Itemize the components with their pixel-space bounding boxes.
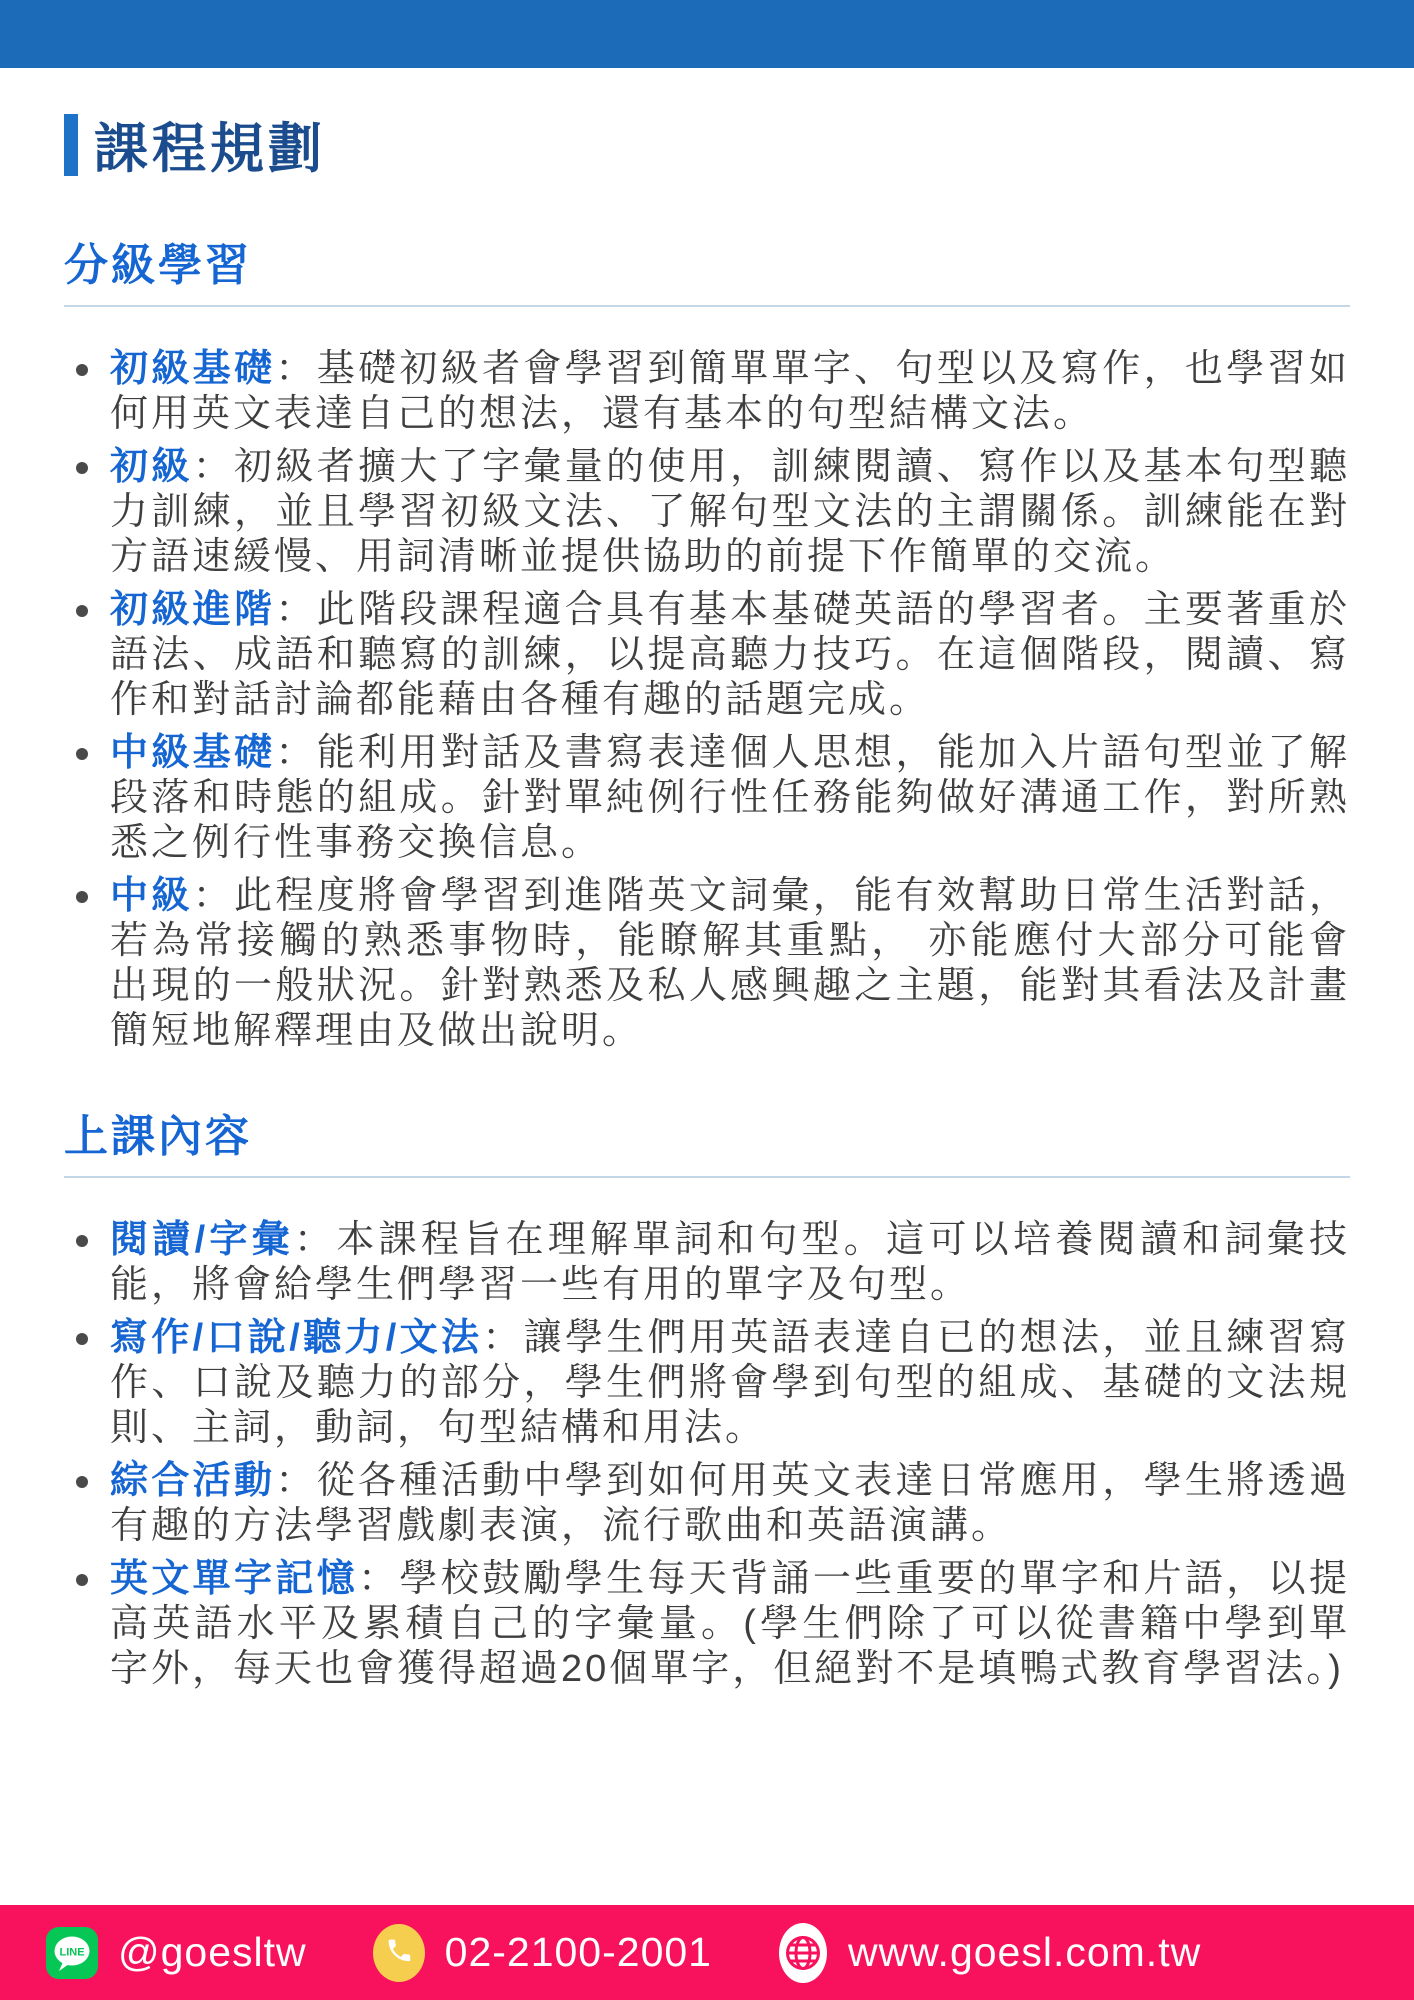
section-heading: 分級學習: [64, 229, 1350, 307]
list-item: 初級進階：此階段課程適合具有基本基礎英語的學習者。主要著重於語法、成語和聽寫的訓…: [64, 588, 1350, 723]
colon-separator: ：: [193, 875, 234, 917]
section-heading: 上課內容: [64, 1100, 1350, 1178]
colon-separator: ：: [275, 732, 316, 774]
bullet-dot-icon: [76, 1235, 88, 1247]
bullet-dot-icon: [76, 605, 88, 617]
topic-term: 寫作/口說/聽力/文法: [110, 1317, 482, 1359]
bullet-dot-icon: [76, 1476, 88, 1488]
bullet-dot-icon: [76, 748, 88, 760]
colon-separator: ：: [193, 446, 234, 488]
section-graded-learning: 分級學習 初級基礎：基礎初級者會學習到簡單單字、句型以及寫作，也學習如何用英文表…: [64, 229, 1350, 1054]
website-contact: www.goesl.com.tw: [778, 1921, 1201, 1985]
contact-footer: LINE @goesltw 02-2100-2001: [0, 1905, 1414, 2000]
title-row: 課程規劃: [64, 106, 1350, 183]
bullet-dot-icon: [76, 462, 88, 474]
list-item: 中級：此程度將會學習到進階英文詞彙，能有效幫助日常生活對話，若為常接觸的熟悉事物…: [64, 874, 1350, 1054]
section-class-content: 上課內容 閱讀/字彙：本課程旨在理解單詞和句型。這可以培養閱讀和詞彙技能，將會給…: [64, 1100, 1350, 1692]
phone-icon: [373, 1923, 425, 1983]
topic-term: 綜合活動: [110, 1460, 275, 1502]
level-term: 初級基礎: [110, 348, 275, 390]
phone-number-label: 02-2100-2001: [445, 1929, 712, 1976]
colon-separator: ：: [275, 348, 316, 390]
class-content-list: 閱讀/字彙：本課程旨在理解單詞和句型。這可以培養閱讀和詞彙技能，將會給學生們學習…: [64, 1218, 1350, 1692]
phone-contact: 02-2100-2001: [373, 1923, 712, 1983]
svg-text:LINE: LINE: [59, 1946, 84, 1958]
graded-learning-list: 初級基礎：基礎初級者會學習到簡單單字、句型以及寫作，也學習如何用英文表達自己的想…: [64, 347, 1350, 1054]
page-title: 課程規劃: [94, 106, 326, 183]
level-description: 初級者擴大了字彙量的使用，訓練閱讀、寫作以及基本句型聽力訓練，並且學習初級文法、…: [110, 446, 1350, 578]
globe-icon: [778, 1921, 828, 1985]
list-item: 英文單字記憶：學校鼓勵學生每天背誦一些重要的單字和片語，以提高英語水平及累積自己…: [64, 1557, 1350, 1692]
colon-separator: ：: [358, 1558, 399, 1600]
colon-separator: ：: [294, 1219, 336, 1261]
website-url-label: www.goesl.com.tw: [848, 1929, 1201, 1976]
line-id-label: @goesltw: [118, 1929, 307, 1976]
colon-separator: ：: [275, 589, 316, 631]
topic-term: 閱讀/字彙: [110, 1219, 294, 1261]
list-item: 初級基礎：基礎初級者會學習到簡單單字、句型以及寫作，也學習如何用英文表達自己的想…: [64, 347, 1350, 437]
level-description: 此程度將會學習到進階英文詞彙，能有效幫助日常生活對話，若為常接觸的熟悉事物時，能…: [110, 875, 1350, 1052]
bullet-dot-icon: [76, 1574, 88, 1586]
title-accent-bar: [64, 114, 78, 176]
list-item: 閱讀/字彙：本課程旨在理解單詞和句型。這可以培養閱讀和詞彙技能，將會給學生們學習…: [64, 1218, 1350, 1308]
list-item: 綜合活動：從各種活動中學到如何用英文表達日常應用，學生將透過有趣的方法學習戲劇表…: [64, 1459, 1350, 1549]
list-item: 中級基礎：能利用對話及書寫表達個人思想，能加入片語句型並了解段落和時態的組成。針…: [64, 731, 1350, 866]
page-content: 課程規劃 分級學習 初級基礎：基礎初級者會學習到簡單單字、句型以及寫作，也學習如…: [0, 106, 1414, 1692]
course-flyer-page: { "page_title": "課程規劃", "punct": { "colo…: [0, 0, 1414, 2000]
colon-separator: ：: [275, 1460, 316, 1502]
level-term: 初級進階: [110, 589, 275, 631]
level-term: 中級基礎: [110, 732, 275, 774]
bullet-dot-icon: [76, 891, 88, 903]
list-item: 寫作/口說/聽力/文法：讓學生們用英語表達自已的想法，並且練習寫作、口說及聽力的…: [64, 1316, 1350, 1451]
level-term: 中級: [110, 875, 193, 917]
level-term: 初級: [110, 446, 193, 488]
topic-term: 英文單字記憶: [110, 1558, 358, 1600]
colon-separator: ：: [482, 1317, 523, 1359]
top-blue-bar: [0, 0, 1414, 68]
list-item: 初級：初級者擴大了字彙量的使用，訓練閱讀、寫作以及基本句型聽力訓練，並且學習初級…: [64, 445, 1350, 580]
line-icon: LINE: [46, 1924, 98, 1982]
line-contact: LINE @goesltw: [46, 1924, 307, 1982]
bullet-dot-icon: [76, 1333, 88, 1345]
bullet-dot-icon: [76, 364, 88, 376]
